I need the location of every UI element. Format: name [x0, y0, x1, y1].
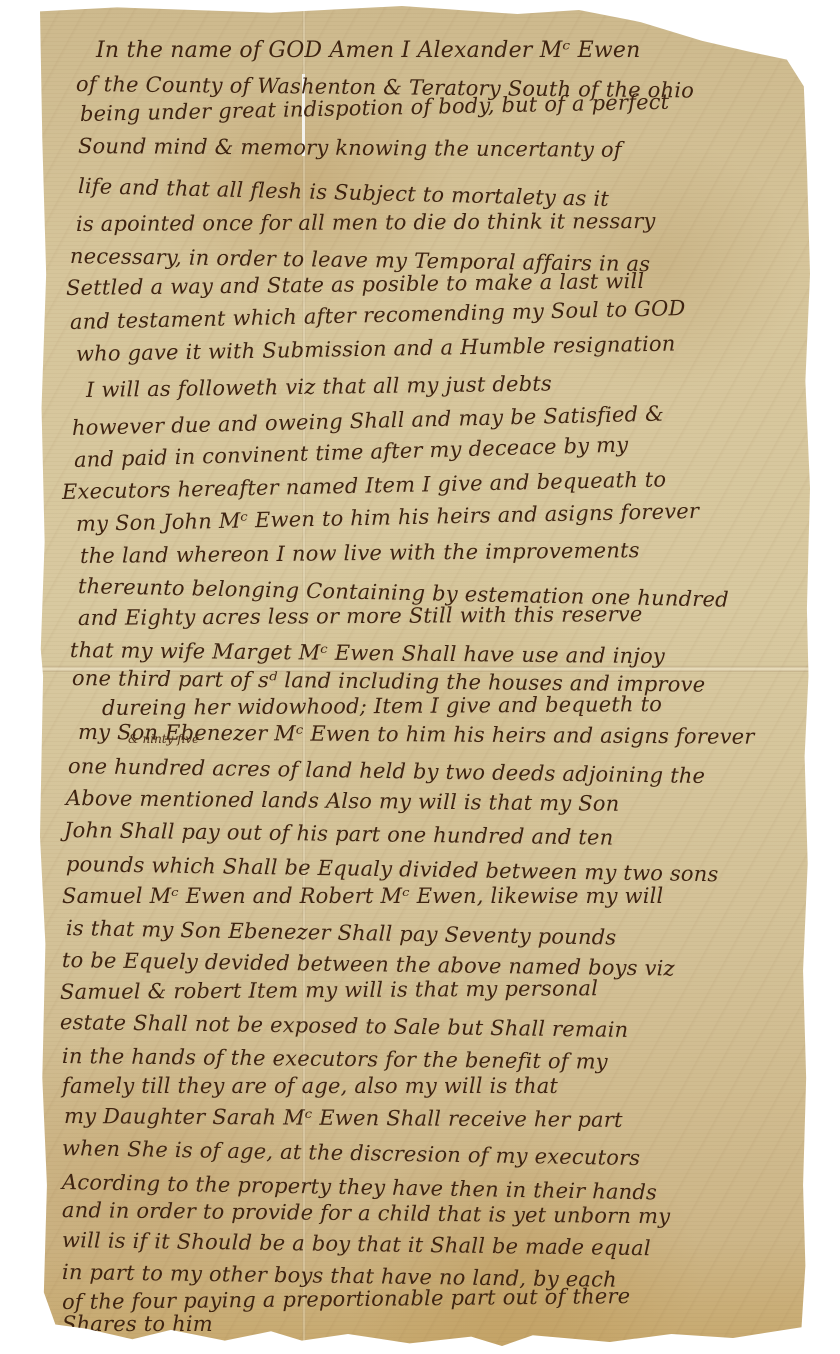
text-line: John Shall pay out of his part one hundr…	[64, 818, 614, 850]
interlineation: & ninty five	[128, 732, 199, 746]
text-line: in the hands of the executors for the be…	[62, 1044, 608, 1074]
text-line: life and that all flesh is Subject to mo…	[78, 174, 610, 211]
text-line: Above mentioned lands Also my will is th…	[66, 786, 620, 816]
text-line: is apointed once for all men to die do t…	[76, 209, 656, 236]
text-line: my Daughter Sarah Mᶜ Ewen Shall receive …	[64, 1104, 623, 1132]
text-line: Samuel Mᶜ Ewen and Robert Mᶜ Ewen, likew…	[62, 884, 663, 908]
text-line: Sound mind & memory knowing the uncertan…	[78, 134, 622, 162]
text-line: Executors hereafter named Item I give an…	[62, 467, 667, 504]
text-line: and paid in convinent time after my dece…	[74, 433, 629, 472]
text-line: and testament which after recomending my…	[70, 296, 686, 334]
text-line: that my wife Marget Mᶜ Ewen Shall have u…	[70, 638, 665, 668]
text-line: Settled a way and State as posible to ma…	[66, 269, 645, 300]
text-line: one hundred acres of land held by two de…	[68, 754, 706, 788]
text-line: will is if it Should be a boy that it Sh…	[62, 1228, 651, 1260]
text-line: and in order to provide for a child that…	[62, 1198, 670, 1228]
text-line: my Son John Mᶜ Ewen to him his heirs and…	[76, 499, 700, 536]
text-line: is that my Son Ebenezer Shall pay Sevent…	[66, 916, 617, 950]
text-line: Samuel & robert Item my will is that my …	[60, 976, 598, 1004]
text-line: Shares to him	[62, 1312, 213, 1336]
text-line: In the name of GOD Amen I Alexander Mᶜ E…	[96, 38, 640, 63]
handwritten-text: In the name of GOD Amen I Alexander Mᶜ E…	[40, 6, 810, 1346]
text-line: estate Shall not be exposed to Sale but …	[60, 1010, 629, 1042]
text-line: dureing her widowhood; Item I give and b…	[102, 692, 662, 720]
text-line: who gave it with Submission and a Humble…	[76, 332, 676, 366]
text-line: of the four paying a preportionable part…	[62, 1284, 631, 1314]
text-line: famely till they are of age, also my wil…	[62, 1074, 558, 1098]
text-line: pounds which Shall be Equaly divided bet…	[66, 852, 719, 886]
text-line: the land whereon I now live with the imp…	[80, 538, 640, 568]
text-line: I will as followeth viz that all my just…	[86, 371, 552, 402]
text-line: and Eighty acres less or more Still with…	[78, 602, 643, 630]
text-line: when She is of age, at the discresion of…	[62, 1136, 641, 1170]
manuscript-page: In the name of GOD Amen I Alexander Mᶜ E…	[40, 6, 810, 1346]
